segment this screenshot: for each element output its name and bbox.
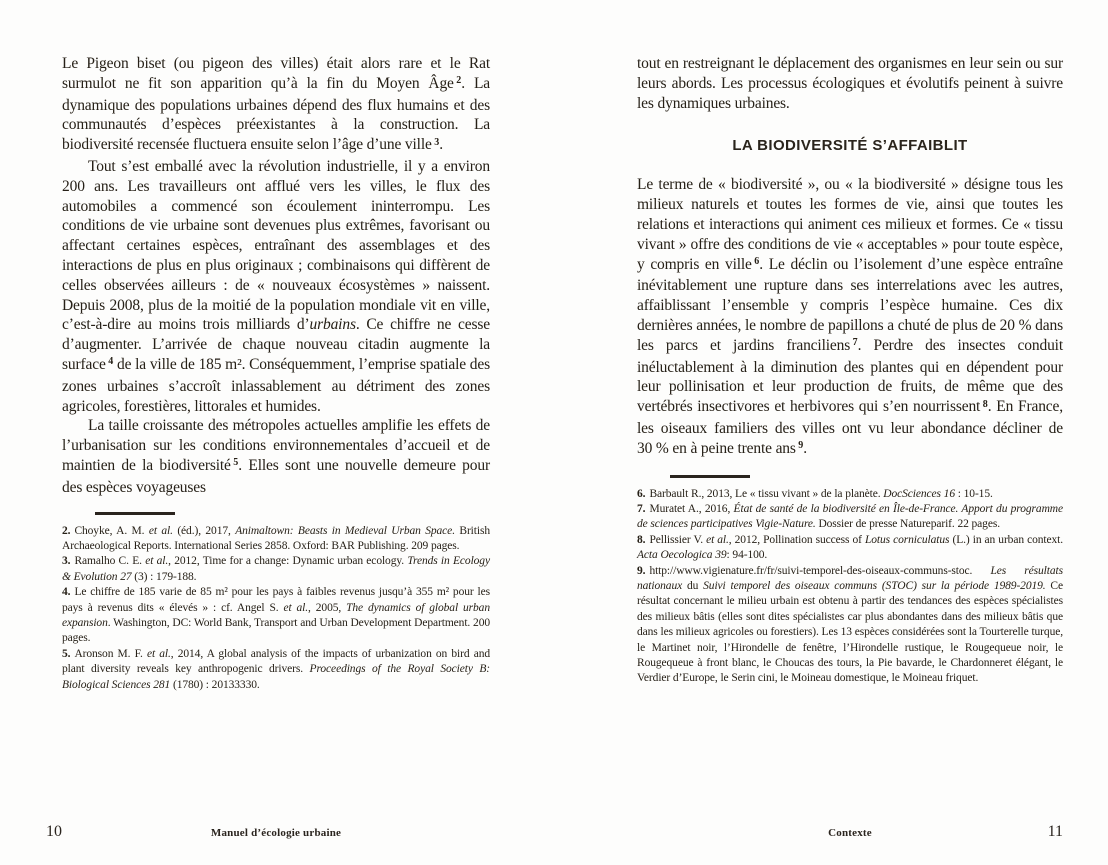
- right-text-column: tout en restreignant le déplacement des …: [554, 0, 1108, 687]
- paragraph: Le terme de « biodiversité », ou « la bi…: [637, 175, 1063, 460]
- left-footnotes: 2.Choyke, A. M. et al. (éd.), 2017, Anim…: [62, 524, 490, 693]
- text-run: Tout s’est emballé avec la révolution in…: [62, 158, 490, 333]
- text-run: Muratet A., 2016,: [649, 503, 733, 515]
- text-run: tout en restreignant le déplacement des …: [637, 55, 1063, 112]
- footnote-reference: 9: [798, 440, 803, 451]
- running-title: Manuel d’écologie urbaine: [62, 827, 490, 839]
- footnote: 2.Choyke, A. M. et al. (éd.), 2017, Anim…: [62, 524, 490, 555]
- text-run: Acta Oecologica 39: [637, 549, 727, 561]
- text-run: .: [803, 440, 807, 457]
- right-body-text-main: Le terme de « biodiversité », ou « la bi…: [637, 175, 1063, 460]
- text-run: Aronson M. F.: [74, 648, 147, 660]
- right-footnotes: 6.Barbault R., 2013, Le « tissu vivant »…: [637, 487, 1063, 687]
- footnote-reference: 4: [108, 356, 113, 367]
- footnote: 3.Ramalho C. E. et al., 2012, Time for a…: [62, 554, 490, 585]
- text-run: de la ville de 185 m². Conséquemment, l’…: [62, 356, 490, 415]
- text-run: . Washington, DC: World Bank, Transport …: [62, 617, 490, 644]
- text-run: du: [682, 580, 703, 592]
- text-run: Animaltown: Beasts in Medieval Urban Spa…: [235, 525, 455, 537]
- text-run: Choyke, A. M.: [74, 525, 148, 537]
- footnote: 7.Muratet A., 2016, État de santé de la …: [637, 502, 1063, 533]
- footnote-number: 9.: [637, 565, 645, 577]
- footnote-reference: 8: [983, 399, 988, 410]
- text-run: et al.: [149, 525, 173, 537]
- footnote: 5.Aronson M. F. et al., 2014, A global a…: [62, 647, 490, 693]
- text-run: http://www.vigienature.fr/fr/suivi-tempo…: [649, 565, 990, 577]
- text-run: , 2005,: [308, 602, 346, 614]
- text-run: Dossier de presse Natureparif. 22 pages.: [816, 518, 1000, 530]
- paragraph: tout en restreignant le déplacement des …: [637, 54, 1063, 113]
- page-left: Le Pigeon biset (ou pigeon des villes) é…: [0, 0, 554, 865]
- footnote: 9.http://www.vigienature.fr/fr/suivi-tem…: [637, 564, 1063, 687]
- text-run: : 10-15.: [955, 488, 993, 500]
- footnote-number: 5.: [62, 648, 70, 660]
- text-run: Lotus corniculatus: [865, 534, 949, 546]
- text-run: (éd.), 2017,: [173, 525, 235, 537]
- footnote: 8.Pellissier V. et al., 2012, Pollinatio…: [637, 533, 1063, 564]
- footnote-number: 6.: [637, 488, 645, 500]
- text-run: (3) : 179-188.: [132, 571, 197, 583]
- book-spread: Le Pigeon biset (ou pigeon des villes) é…: [0, 0, 1108, 865]
- left-text-column: Le Pigeon biset (ou pigeon des villes) é…: [0, 0, 554, 693]
- page-number: 11: [1048, 823, 1063, 841]
- footnote-reference: 3: [434, 137, 439, 148]
- footnote-number: 3.: [62, 555, 70, 567]
- footnote-reference: 5: [233, 457, 238, 468]
- text-run: (1780) : 20133330.: [170, 679, 259, 691]
- text-run: et al.: [283, 602, 308, 614]
- footnote: 4.Le chiffre de 185 varie de 85 m² pour …: [62, 585, 490, 647]
- footnote-separator-rule: [670, 475, 750, 478]
- right-page-footer: Contexte 11: [554, 823, 1108, 843]
- text-run: et al.: [147, 648, 171, 660]
- text-run: : 94-100.: [727, 549, 768, 561]
- page-number: 10: [46, 823, 62, 841]
- page-right: tout en restreignant le déplacement des …: [554, 0, 1108, 865]
- text-run: urbains: [310, 316, 356, 333]
- footnote-reference: 2: [456, 75, 461, 86]
- text-run: Ce résultat concernant le milieu urbain …: [637, 580, 1063, 684]
- section-heading: LA BIODIVERSITÉ S’AFFAIBLIT: [637, 137, 1063, 154]
- footnote-number: 7.: [637, 503, 645, 515]
- text-run: et al.: [706, 534, 729, 546]
- paragraph: Tout s’est emballé avec la révolution in…: [62, 157, 490, 416]
- right-body-text-top: tout en restreignant le déplacement des …: [637, 54, 1063, 113]
- text-run: .: [439, 136, 443, 153]
- text-run: DocSciences 16: [883, 488, 955, 500]
- footnote-number: 4.: [62, 586, 70, 598]
- footnote-reference: 6: [754, 256, 759, 267]
- text-run: Barbault R., 2013, Le « tissu vivant » d…: [649, 488, 883, 500]
- text-run: , 2012, Time for a change: Dynamic urban…: [168, 555, 407, 567]
- paragraph: Le Pigeon biset (ou pigeon des villes) é…: [62, 54, 490, 157]
- footnote-number: 2.: [62, 525, 70, 537]
- footnote-number: 8.: [637, 534, 645, 546]
- left-body-text: Le Pigeon biset (ou pigeon des villes) é…: [62, 54, 490, 498]
- paragraph: La taille croissante des métropoles actu…: [62, 416, 490, 497]
- footnote-reference: 7: [853, 337, 858, 348]
- footnote: 6.Barbault R., 2013, Le « tissu vivant »…: [637, 487, 1063, 502]
- running-title: Contexte: [637, 827, 1063, 839]
- text-run: et al.: [145, 555, 168, 567]
- text-run: Le Pigeon biset (ou pigeon des villes) é…: [62, 55, 490, 92]
- footnote-separator-rule: [95, 512, 175, 515]
- text-run: Pellissier V.: [649, 534, 706, 546]
- text-run: (L.) in an urban context.: [949, 534, 1063, 546]
- text-run: Ramalho C. E.: [74, 555, 145, 567]
- text-run: , 2012, Pollination success of: [729, 534, 865, 546]
- text-run: Suivi temporel des oiseaux communs (STOC…: [703, 580, 1045, 592]
- left-page-footer: 10 Manuel d’écologie urbaine: [0, 823, 554, 843]
